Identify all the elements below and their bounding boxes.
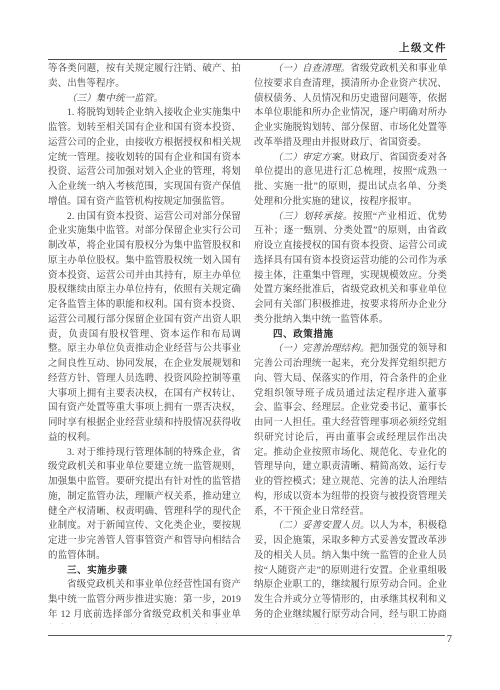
paragraph: 2. 由国有资本投资、运营公司对部分保留企业实施集中监管。对部分保留企业实行公司… <box>48 210 241 446</box>
paragraph: （一）自查清理。省级党政机关和事业单位按要求自查清理，摸清所办企业资产状况、债权… <box>254 62 447 151</box>
paragraph-lead: （三）划转承接。 <box>273 212 353 222</box>
text-columns: 等各类问题，按有关规定履行注销、破产、拍卖、出售等程序。 （三）集中统一监管。 … <box>48 62 447 624</box>
paragraph-text: 把加强党的领导和完善公司治理统一起来，充分发挥党组织把方向、管大局、保落实的作用… <box>254 344 447 516</box>
paragraph: （三）划转承接。按照“产业相近、优势互补；逐一甄别、分类处置”的原则，由省政府设… <box>254 210 447 328</box>
paragraph: （二）妥善安置人员。以人为本，积极稳妥，因企施策，采取多种方式妥善安置改革涉及的… <box>254 519 447 624</box>
document-page: 上级文件 等各类问题，按有关规定履行注销、破产、拍卖、出售等程序。 （三）集中统… <box>0 0 500 690</box>
paragraph-lead: （一）完善治理结构。 <box>273 344 370 354</box>
paragraph-continuation: 等各类问题，按有关规定履行注销、破产、拍卖、出售等程序。 <box>48 62 241 92</box>
page-header: 上级文件 <box>48 38 447 60</box>
footer-rule <box>48 635 445 636</box>
paragraph: （一）完善治理结构。把加强党的领导和完善公司治理统一起来，充分发挥党组织把方向、… <box>254 342 447 519</box>
paragraph-lead: （二）妥善安置人员。 <box>273 521 370 531</box>
section-heading: 三、实施步骤 <box>48 564 241 579</box>
header-label: 上级文件 <box>399 42 447 54</box>
paragraph: 省级党政机关和事业单位经营性国有资产集中统一监管分两步推进实施：第一步，2019… <box>48 578 241 624</box>
paragraph-text: 省级党政机关和事业单位按要求自查清理，摸清所办企业资产状况、债权债务、人员情况和… <box>254 64 447 148</box>
subsection-title: （三）集中统一监管。 <box>48 92 241 107</box>
paragraph-lead: （二）审定方案。 <box>273 153 350 163</box>
page-number: 7 <box>447 634 452 646</box>
paragraph-lead: （一）自查清理。 <box>273 64 350 74</box>
paragraph-text: 以人为本，积极稳妥，因企施策，采取多种方式妥善安置改革涉及的相关人员。纳入集中统… <box>254 521 447 624</box>
right-column: （一）自查清理。省级党政机关和事业单位按要求自查清理，摸清所办企业资产状况、债权… <box>254 62 447 624</box>
paragraph-text: 按照“产业相近、优势互补；逐一甄别、分类处置”的原则，由省政府设立直接授权的国有… <box>254 212 447 325</box>
paragraph: 1. 将脱钩划转企业纳入接收企业实施集中监管。划转至相关国有企业和国有资本投资、… <box>48 106 241 209</box>
left-column: 等各类问题，按有关规定履行注销、破产、拍卖、出售等程序。 （三）集中统一监管。 … <box>48 62 241 624</box>
section-heading: 四、政策措施 <box>254 328 447 343</box>
paragraph: 3. 对于维持现行管理体制的特殊企业，省级党政机关和事业单位要建立统一监管规则，… <box>48 446 241 564</box>
paragraph: （二）审定方案。财政厅、省国资委对各单位提出的意见进行汇总梳理，按照“成熟一批、… <box>254 151 447 210</box>
page-footer: 7 <box>48 629 452 646</box>
